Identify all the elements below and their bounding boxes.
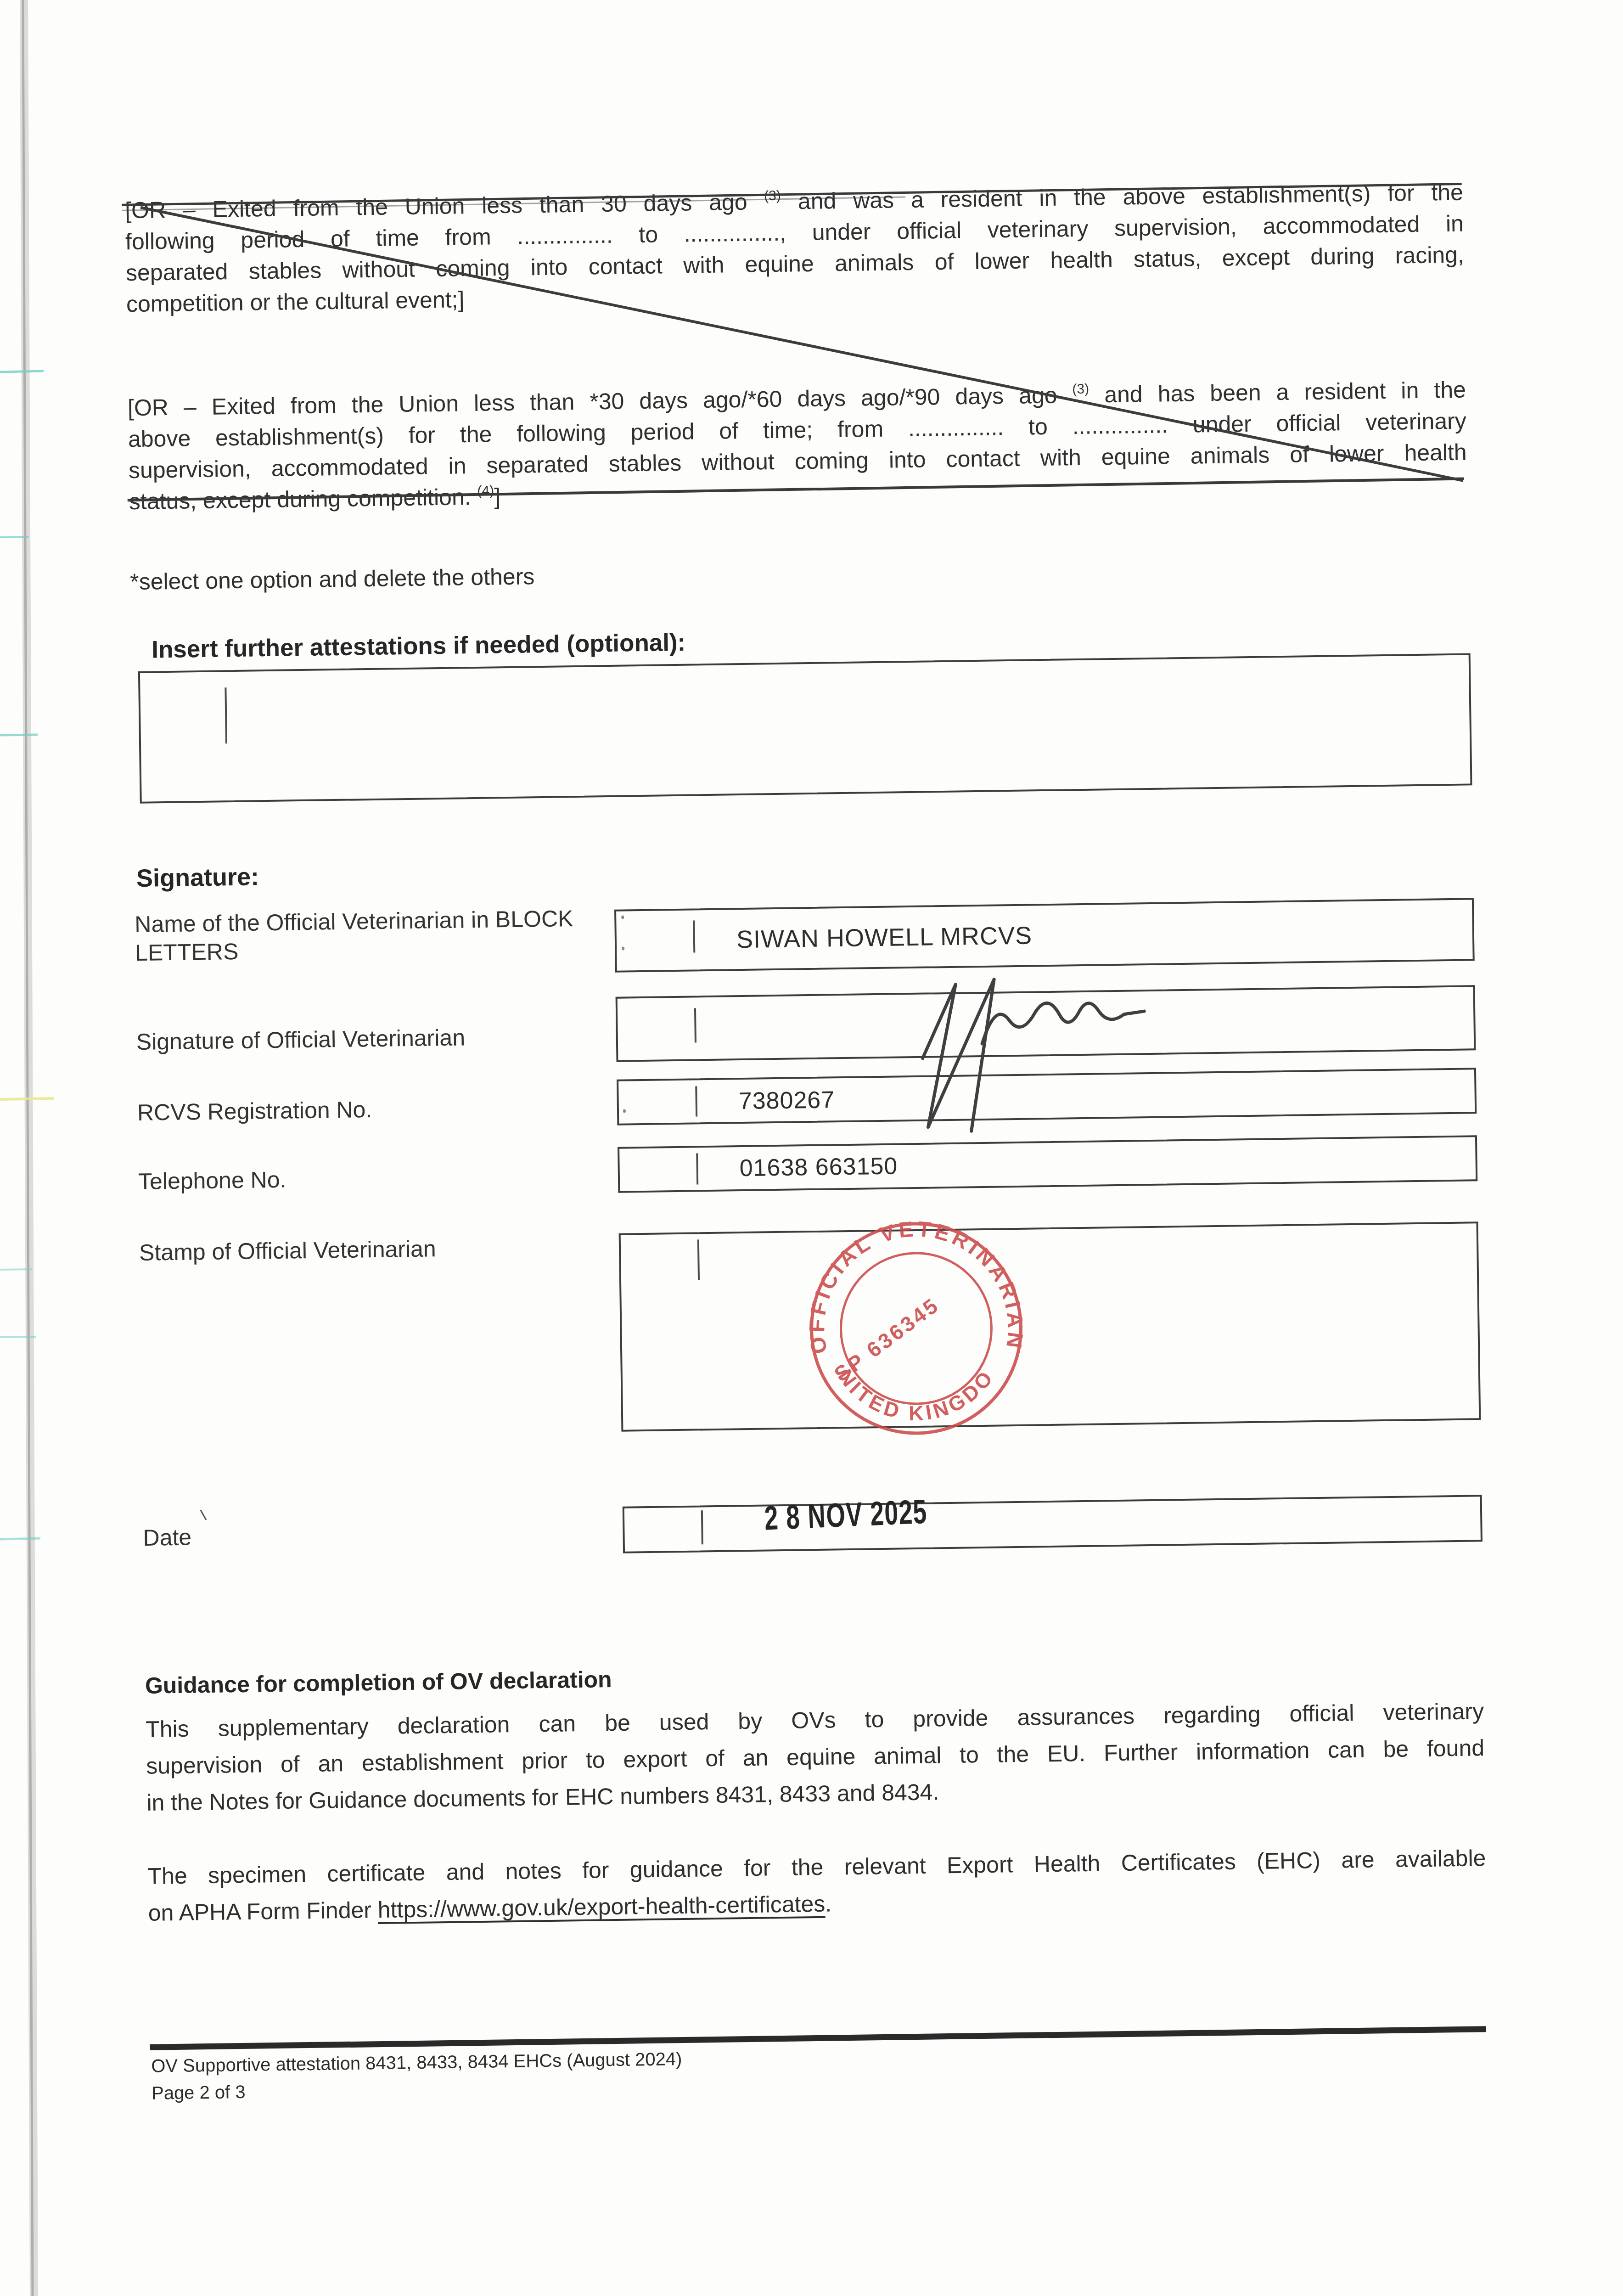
stamp-label: Stamp of Official Veterinarian [139, 1232, 594, 1267]
name-label: Name of the Official Veterinarian in BLO… [135, 904, 590, 967]
scan-dot-artifact [622, 947, 624, 951]
date-stamp-value: 2 8 NOV 2025 [764, 1492, 928, 1538]
rcvs-label: RCVS Registration No. [137, 1092, 592, 1127]
phone-value: 01638 663150 [739, 1152, 898, 1182]
signature-label: Signature of Official Veterinarian [136, 1022, 591, 1056]
attestations-input-box [138, 653, 1472, 803]
guidance-paragraph-2: The specimen certificate and notes for g… [147, 1840, 1487, 1931]
scan-dot-artifact [621, 916, 624, 919]
guidance-paragraph-1: This supplementary declaration can be us… [146, 1693, 1485, 1821]
footnote-ref-3: (3) [764, 188, 781, 203]
footer-doc-ref: OV Supportive attestation 8431, 8433, 84… [151, 2048, 682, 2077]
stamp-field-box [619, 1221, 1481, 1431]
apha-form-finder-link: https://www.gov.uk/export-health-certifi… [377, 1891, 825, 1923]
attestations-heading: Insert further attestations if needed (o… [152, 629, 686, 664]
signature-field-box [616, 985, 1476, 1062]
option-1-paragraph: [OR – Exited from the Union less than 30… [125, 177, 1465, 320]
signature-section-heading: Signature: [136, 862, 259, 893]
phone-label: Telephone No. [138, 1161, 593, 1196]
document-content: [OR – Exited from the Union less than 30… [0, 0, 1623, 2296]
pen-tick-artifact [201, 1510, 206, 1520]
option-2-paragraph: [OR – Exited from the Union less than *3… [128, 374, 1467, 517]
rcvs-value: 7380267 [738, 1086, 835, 1115]
footer-page-number: Page 2 of 3 [152, 2082, 246, 2104]
footnote-ref-3: (3) [1072, 382, 1089, 397]
date-field-box [623, 1495, 1483, 1553]
date-label: Date [143, 1517, 598, 1552]
guidance-heading: Guidance for completion of OV declaratio… [145, 1666, 612, 1699]
footnote-ref-4: (4) [477, 483, 494, 498]
scanned-document-page: [OR – Exited from the Union less than 30… [0, 0, 1623, 2296]
scan-dot-artifact [623, 1109, 626, 1113]
name-value: SIWAN HOWELL MRCVS [736, 921, 1033, 954]
footer-rule [150, 2026, 1486, 2050]
select-option-note: *select one option and delete the others [130, 563, 535, 595]
